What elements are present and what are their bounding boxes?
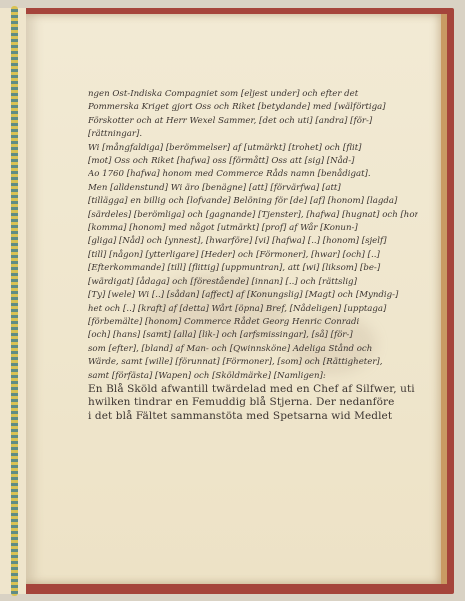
text-line: ngen Ost-Indiska Compagniet som [eljest … — [88, 88, 418, 101]
text-line: [och] [hans] [samt] [alla] [lik-] och [a… — [88, 329, 418, 342]
text-line: [wärdigat] [ådaga] och [förestående] [in… — [88, 276, 418, 289]
page-edge-gilt — [441, 14, 447, 584]
text-line: [till] [någon] [ytterligare] [Heder] och… — [88, 249, 418, 262]
text-line: het och [..] [kraft] af [detta] Wårt [öp… — [88, 303, 418, 316]
text-line: Wärde, samt [wille] [förunnat] [Förmoner… — [88, 356, 418, 369]
manuscript-text: ngen Ost-Indiska Compagniet som [eljest … — [88, 88, 418, 423]
text-line: Men [alldenstund] Wi äro [benägne] [att]… — [88, 182, 418, 195]
blazon-line: hwilken tindrar en Femuddig blå Stjerna.… — [88, 396, 418, 409]
binding-cord — [11, 6, 18, 596]
text-line: [förbemälte] [honom] Commerce Rådet Geor… — [88, 316, 418, 329]
text-line: [mot] Oss och Riket [hafwa] oss [förmått… — [88, 155, 418, 168]
blazon-line: En Blå Sköld afwantill twärdelad med en … — [88, 383, 418, 396]
text-line: [rättningar]. — [88, 128, 418, 141]
text-line: samt [förfästa] [Wapen] och [Sköldmärke]… — [88, 370, 418, 383]
text-line: Ao 1760 [hafwa] honom med Commerce Råds … — [88, 168, 418, 181]
text-line: [gliga] [Nåd] och [ynnest], [hwarföre] [… — [88, 235, 418, 248]
text-line: [komma] [honom] med något [utmärkt] [pro… — [88, 222, 418, 235]
text-line: [tillägga] en billig och [lofvande] Belö… — [88, 195, 418, 208]
text-line: Pommerska Kriget gjort Oss och Riket [be… — [88, 101, 418, 114]
text-line: [särdeles] [berömliga] och [gagnande] [T… — [88, 209, 418, 222]
text-line: [Efterkommande] [till] [flittig] [uppmun… — [88, 262, 418, 275]
text-line: Förskotter och at Herr Wexel Sammer, [de… — [88, 115, 418, 128]
text-line: [Ty] [wele] Wi [..] [sådan] [affect] af … — [88, 289, 418, 302]
text-line: som [efter], [bland] af Man- och [Qwinns… — [88, 343, 418, 356]
blazon-line: i det blå Fältet sammanstöta med Spetsar… — [88, 410, 418, 423]
text-line: Wi [mångfaldiga] [berömmelser] af [utmär… — [88, 142, 418, 155]
